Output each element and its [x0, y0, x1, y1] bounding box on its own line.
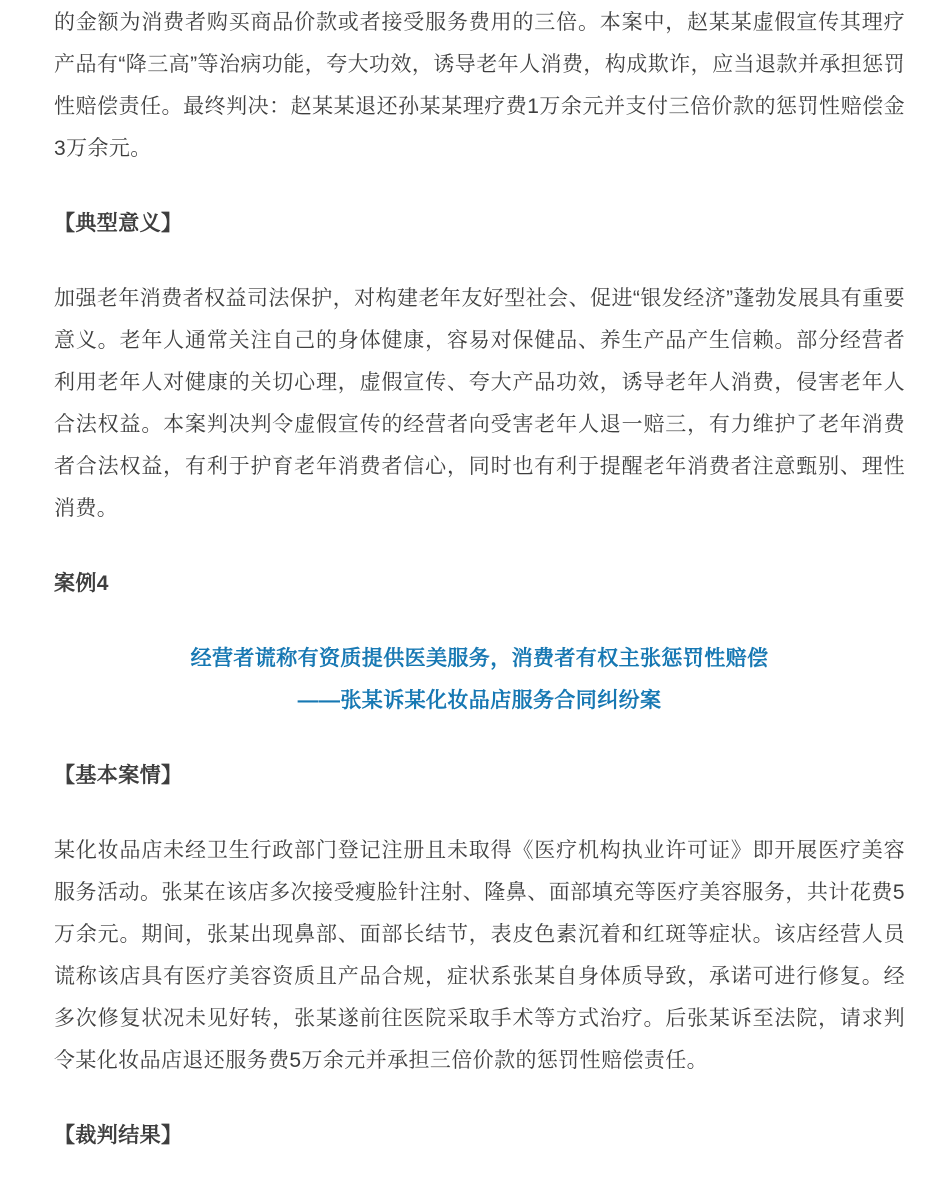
paragraph-typical-significance: 加强老年消费者权益司法保护，对构建老年友好型社会、促进“银发经济”蓬勃发展具有重… [54, 278, 905, 530]
case4-label: 案例4 [54, 563, 905, 605]
article-body: 的金额为消费者购买商品价款或者接受服务费用的三倍。本案中，赵某某虚假宣传其理疗产… [0, 0, 946, 1187]
paragraph-basic-facts: 某化妆品店未经卫生行政部门登记注册且未取得《医疗机构执业许可证》即开展医疗美容服… [54, 830, 905, 1082]
heading-basic-facts: 【基本案情】 [54, 755, 905, 797]
heading-judgment-result: 【裁判结果】 [54, 1115, 905, 1157]
case4-title-line2: ——张某诉某化妆品店服务合同纠纷案 [54, 680, 905, 722]
case4-title: 经营者谎称有资质提供医美服务，消费者有权主张惩罚性赔偿 ——张某诉某化妆品店服务… [54, 638, 905, 722]
heading-typical-significance: 【典型意义】 [54, 203, 905, 245]
case4-title-line1: 经营者谎称有资质提供医美服务，消费者有权主张惩罚性赔偿 [54, 638, 905, 680]
paragraph-case3-judgment-tail: 的金额为消费者购买商品价款或者接受服务费用的三倍。本案中，赵某某虚假宣传其理疗产… [54, 2, 905, 170]
